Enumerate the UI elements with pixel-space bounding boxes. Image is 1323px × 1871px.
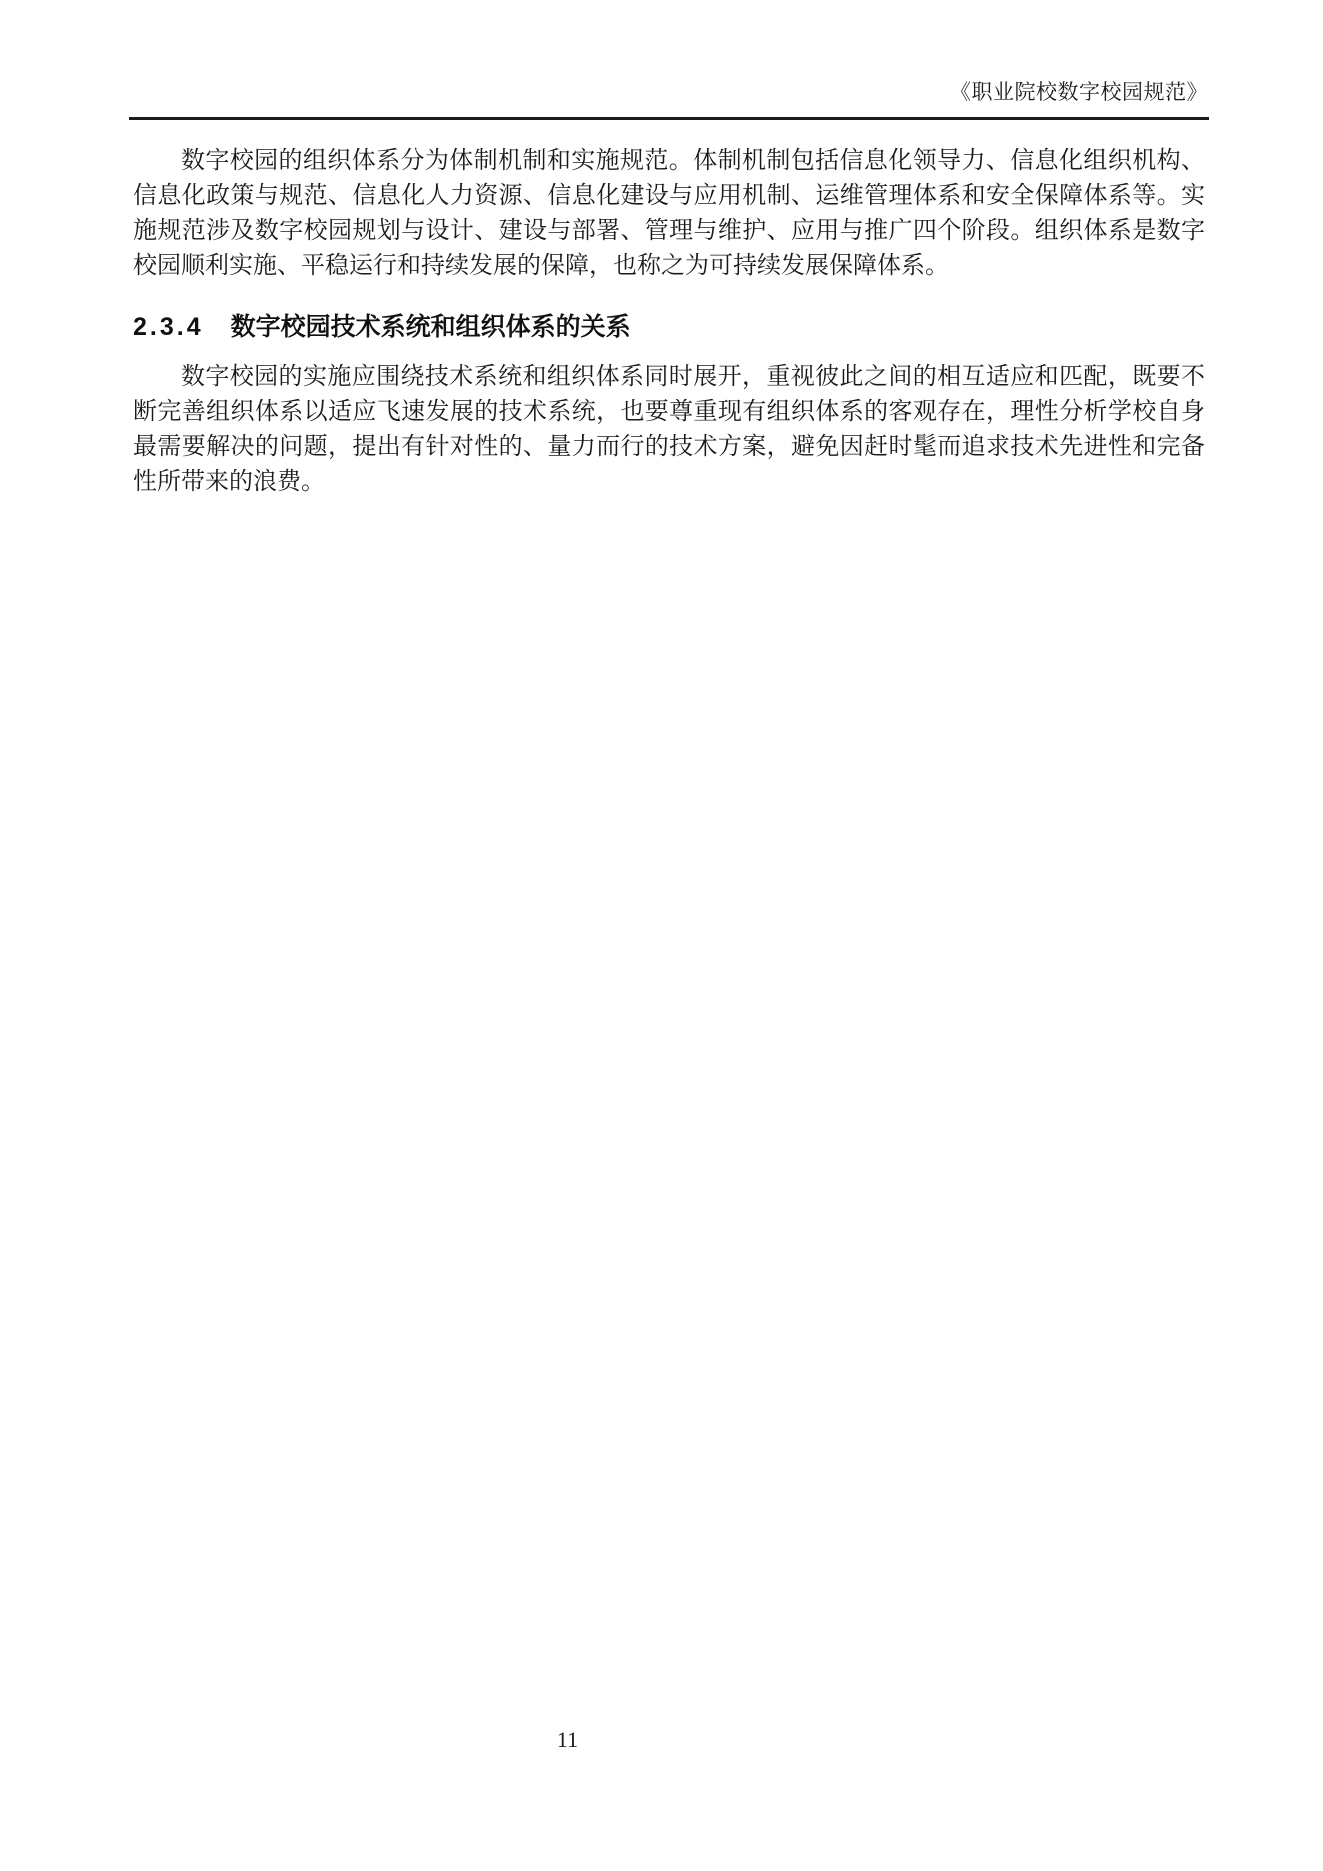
paragraph-implementation-relationship: 数字校园的实施应围绕技术系统和组织体系同时展开，重视彼此之间的相互适应和匹配，既… xyxy=(133,360,1205,500)
paragraph-organization-system: 数字校园的组织体系分为体制机制和实施规范。体制机制包括信息化领导力、信息化组织机… xyxy=(133,144,1205,284)
section-heading-number: 2.3.4 xyxy=(133,313,204,341)
running-header-title: 《职业院校数字校园规范》 xyxy=(950,80,1208,104)
document-page: 《职业院校数字校园规范》 数字校园的组织体系分为体制机制和实施规范。体制机制包括… xyxy=(0,0,1323,1871)
section-heading-2-3-4: 2.3.4 数字校园技术系统和组织体系的关系 xyxy=(133,311,1205,343)
header-rule xyxy=(129,117,1209,120)
document-content: 数字校园的组织体系分为体制机制和实施规范。体制机制包括信息化领导力、信息化组织机… xyxy=(133,144,1205,500)
page-footer: 11 xyxy=(130,1727,1005,1753)
page-number: 11 xyxy=(557,1727,578,1752)
section-heading-title: 数字校园技术系统和组织体系的关系 xyxy=(231,313,631,341)
running-header: 《职业院校数字校园规范》 xyxy=(130,76,1208,106)
